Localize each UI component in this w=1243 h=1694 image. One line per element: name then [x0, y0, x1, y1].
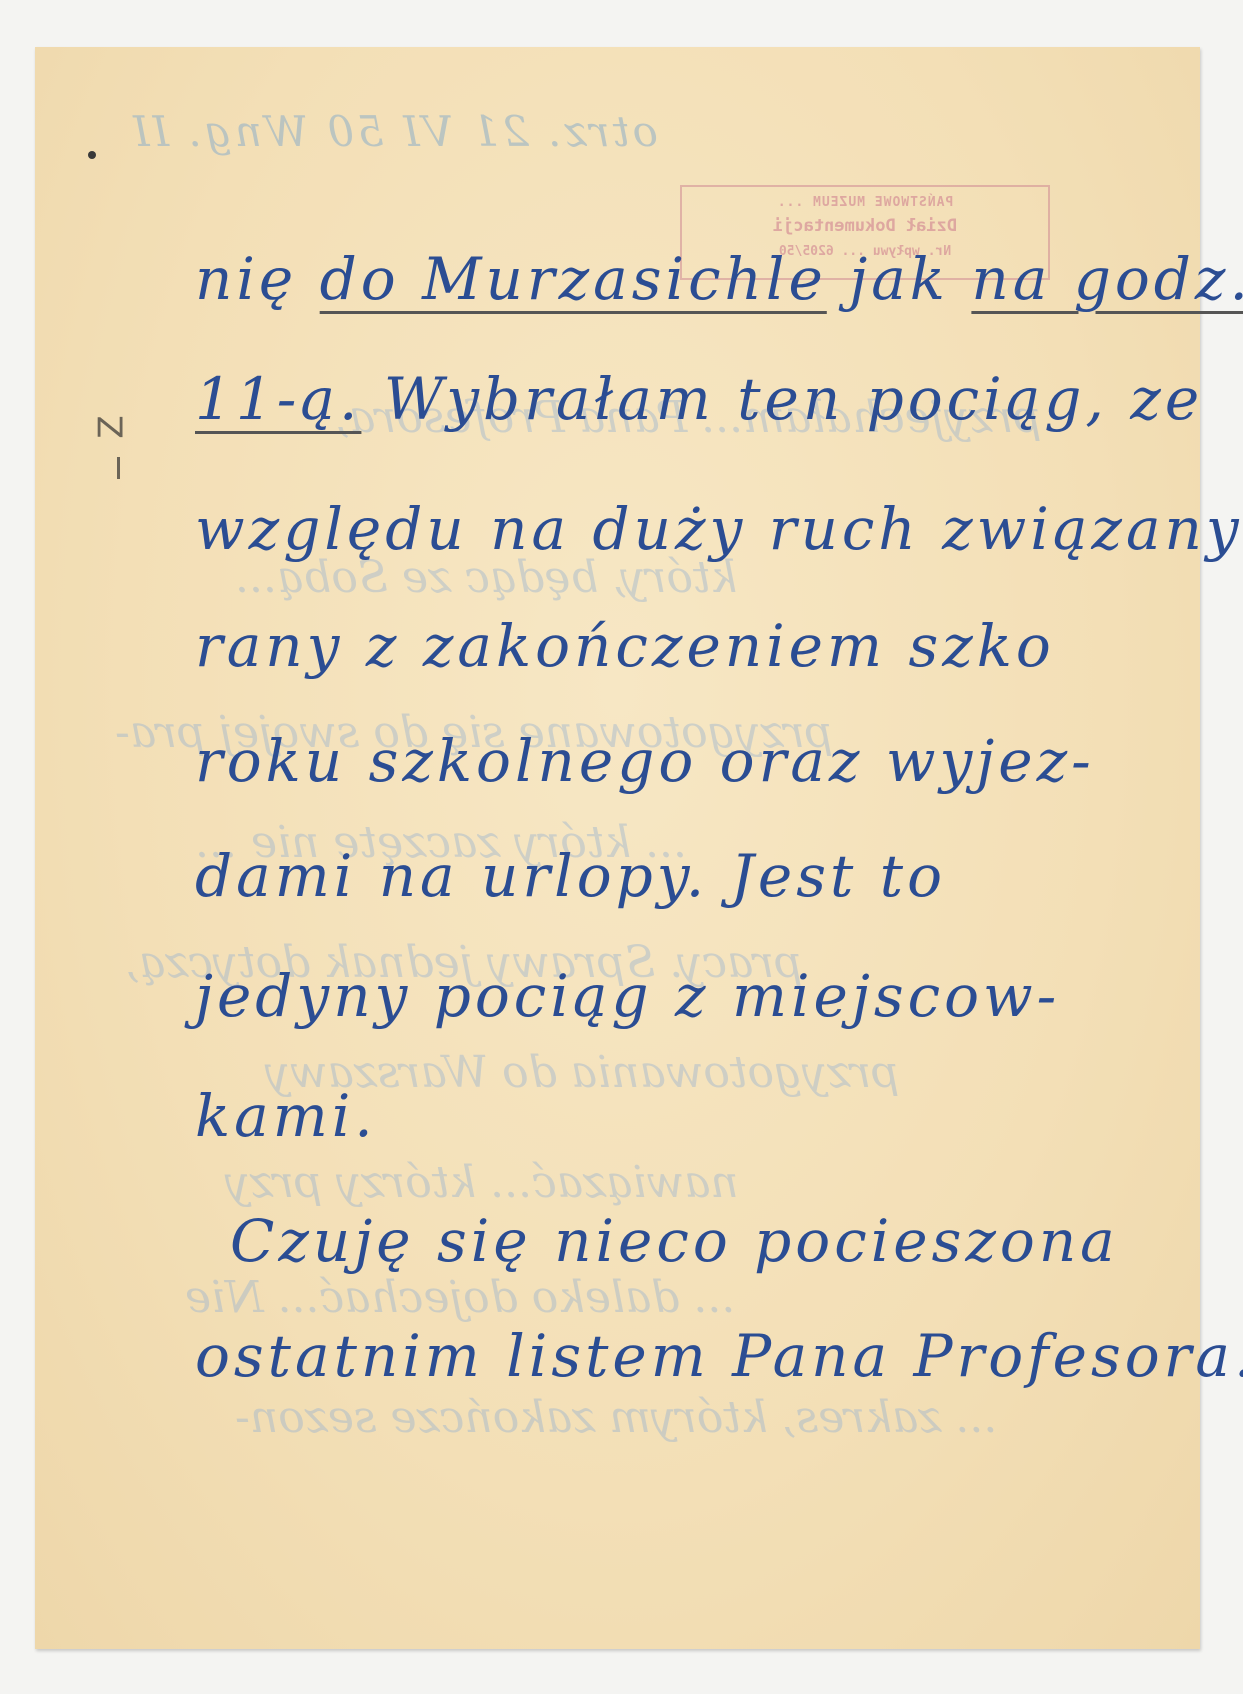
letter-line-1: nię do Murzasichle jak na godz.	[195, 245, 1243, 313]
margin-pencil-mark: Z	[92, 415, 132, 438]
letter-line-9: Czuję się nieco pocieszona	[230, 1207, 1119, 1275]
bleed-through-text: ... daleko dojechać... Nie	[185, 1272, 735, 1323]
letter-line-7: jedyny pociąg z miejscow-	[195, 962, 1060, 1030]
punch-hole	[88, 151, 96, 159]
letter-line-10: ostatnim listem Pana Profesora.	[195, 1322, 1243, 1390]
letter-page: otrz. 21 VI 50 Wng. II PAŃSTWOWE MUZEUM …	[35, 47, 1200, 1649]
letter-line-4: rany z zakończeniem szko	[195, 612, 1055, 680]
letter-line-6: dami na urlopy. Jest to	[195, 842, 946, 910]
bleed-through-text: nawiązać... którzy przy	[225, 1157, 739, 1208]
underlined-place: do Murzasichle	[320, 245, 827, 313]
line-text: Wybrałam ten pociąg, ze	[361, 365, 1203, 433]
letter-line-8: kami.	[195, 1082, 377, 1150]
letter-line-2: 11-ą. Wybrałam ten pociąg, ze	[195, 365, 1203, 433]
letter-line-5: roku szkolnego oraz wyjez-	[195, 727, 1095, 795]
underlined-time: na godz.	[971, 245, 1243, 313]
margin-pencil-tick	[117, 457, 120, 479]
bleed-through-text: ... zakres, którym zakończe sezon-	[235, 1392, 997, 1443]
stamp-line-1: PAŃSTWOWE MUZEUM ...	[682, 195, 1048, 210]
line-text: jak	[827, 245, 972, 313]
letter-line-3: względu na duży ruch związany	[195, 495, 1243, 563]
stamp-line-2: Dział Dokumentacji	[682, 216, 1048, 236]
pencil-receipt-note: otrz. 21 VI 50 Wng. II	[130, 107, 658, 156]
line-text: nię	[195, 245, 320, 313]
underlined-hour: 11-ą.	[195, 365, 361, 433]
